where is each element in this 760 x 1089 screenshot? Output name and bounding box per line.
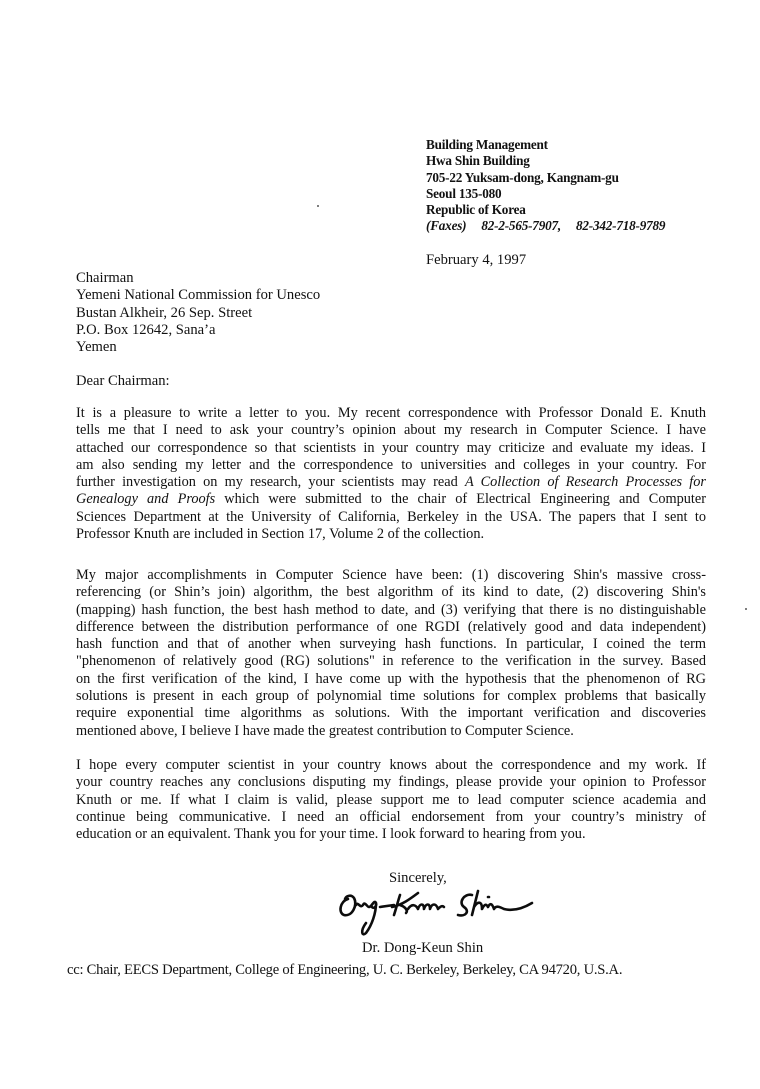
paragraph-line: further investigation on my research, yo… bbox=[76, 474, 706, 491]
paragraph-line: am also sending my letter and the corres… bbox=[76, 457, 706, 474]
paragraph-line: education or an equivalent. Thank you fo… bbox=[76, 826, 706, 843]
paragraph-line: require exponential time algorithms as s… bbox=[76, 705, 706, 722]
paragraph-line: referencing (or Shin’s join) algorithm, … bbox=[76, 584, 706, 601]
sender-line: Seoul 135-080 bbox=[426, 186, 665, 202]
paragraph-line: I hope every computer scientist in your … bbox=[76, 757, 706, 774]
book-title: Genealogy and Proofs bbox=[76, 491, 215, 507]
paragraph-line: your country reaches any conclusions dis… bbox=[76, 774, 706, 791]
paragraph-line: Sciences Department at the University of… bbox=[76, 509, 706, 526]
recipient-address-block: Chairman Yemeni National Commission for … bbox=[76, 270, 320, 356]
handwritten-signature bbox=[336, 885, 576, 941]
paragraph-line: attached our correspondence so that scie… bbox=[76, 440, 706, 457]
salutation: Dear Chairman: bbox=[76, 373, 170, 390]
paragraph-line: Professor Knuth are included in Section … bbox=[76, 526, 706, 543]
sender-line: 705-22 Yuksam-dong, Kangnam-gu bbox=[426, 170, 665, 186]
signatory-name: Dr. Dong-Keun Shin bbox=[362, 940, 483, 957]
paragraph-line: tells me that I need to ask your country… bbox=[76, 422, 706, 439]
letter-page: Building Management Hwa Shin Building 70… bbox=[0, 0, 760, 1089]
paragraph-line: continue being communicative. I need an … bbox=[76, 809, 706, 826]
recipient-line: Bustan Alkheir, 26 Sep. Street bbox=[76, 305, 320, 322]
recipient-line: Yemen bbox=[76, 339, 320, 356]
recipient-line: Yemeni National Commission for Unesco bbox=[76, 287, 320, 304]
sender-line: Hwa Shin Building bbox=[426, 153, 665, 169]
paragraph-line: on the first verification of the kind, I… bbox=[76, 671, 706, 688]
line-text: which were submitted to the chair of Ele… bbox=[215, 491, 706, 507]
sender-line: Republic of Korea bbox=[426, 202, 665, 218]
fax-number: 82-342-718-9789 bbox=[576, 218, 665, 234]
body-paragraph-1: It is a pleasure to write a letter to yo… bbox=[76, 405, 706, 543]
cc-line: cc: Chair, EECS Department, College of E… bbox=[67, 962, 622, 979]
sender-fax-line: (Faxes)82-2-565-7907,82-342-718-9789 bbox=[426, 218, 665, 234]
paragraph-line: Knuth or me. If what I claim is valid, p… bbox=[76, 792, 706, 809]
scan-speck bbox=[745, 608, 747, 610]
fax-number: 82-2-565-7907, bbox=[481, 218, 561, 234]
paragraph-line: solutions is present in each group of po… bbox=[76, 688, 706, 705]
paragraph-line: My major accomplishments in Computer Sci… bbox=[76, 567, 706, 584]
paragraph-line: "phenomenon of relatively good (RG) solu… bbox=[76, 653, 706, 670]
line-text: further investigation on my research, yo… bbox=[76, 474, 465, 490]
scan-speck bbox=[317, 205, 319, 207]
paragraph-line: mentioned above, I believe I have made t… bbox=[76, 723, 706, 740]
paragraph-line: It is a pleasure to write a letter to yo… bbox=[76, 405, 706, 422]
paragraph-line: hash function and that of another when s… bbox=[76, 636, 706, 653]
book-title: A Collection of Research Processes for bbox=[465, 474, 706, 490]
paragraph-line: (mapping) hash function, the best hash m… bbox=[76, 602, 706, 619]
sender-address-block: Building Management Hwa Shin Building 70… bbox=[426, 137, 665, 235]
sender-line: Building Management bbox=[426, 137, 665, 153]
letter-date: February 4, 1997 bbox=[426, 252, 526, 269]
recipient-line: P.O. Box 12642, Sana’a bbox=[76, 322, 320, 339]
recipient-line: Chairman bbox=[76, 270, 320, 287]
body-paragraph-3: I hope every computer scientist in your … bbox=[76, 757, 706, 843]
paragraph-line: Genealogy and Proofs which were submitte… bbox=[76, 491, 706, 508]
fax-label: (Faxes) bbox=[426, 218, 466, 234]
paragraph-line: difference between the distribution perf… bbox=[76, 619, 706, 636]
body-paragraph-2: My major accomplishments in Computer Sci… bbox=[76, 567, 706, 740]
